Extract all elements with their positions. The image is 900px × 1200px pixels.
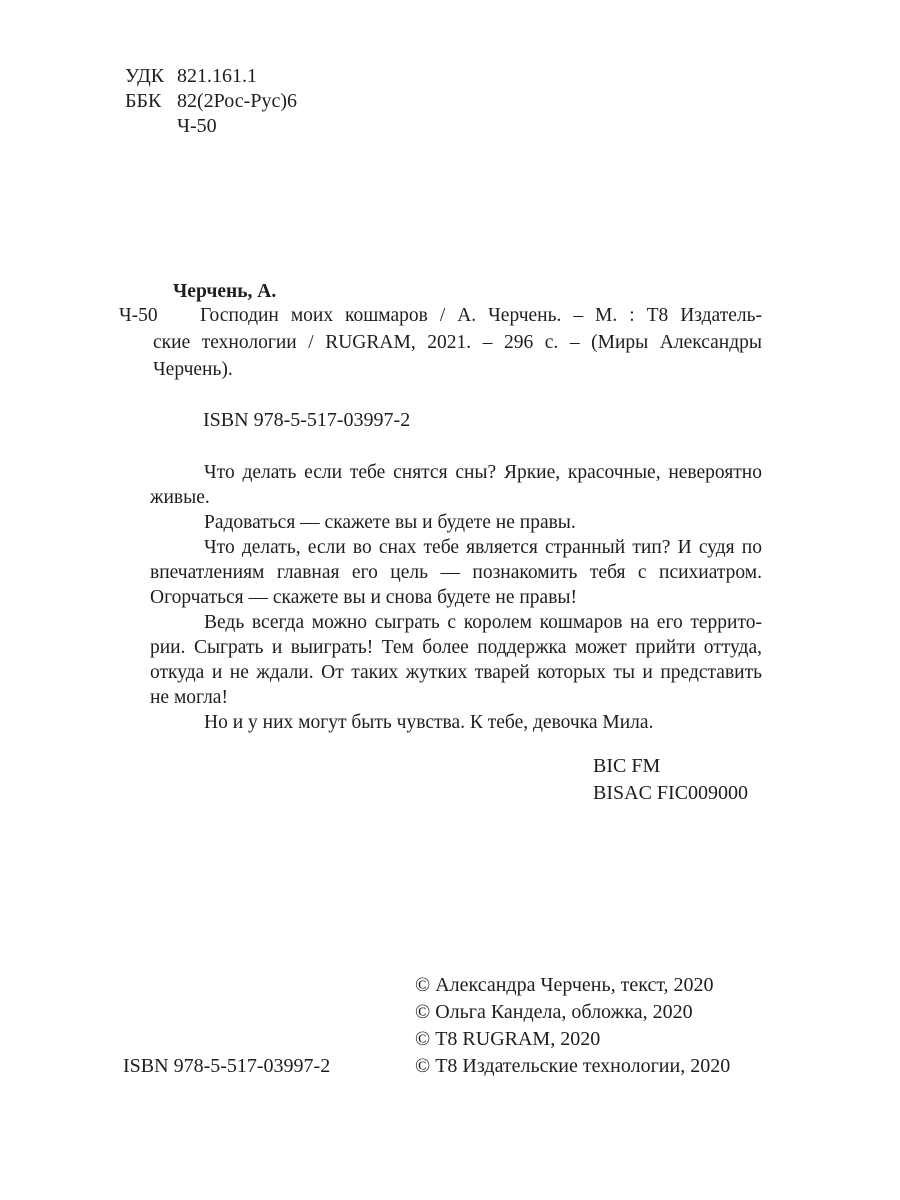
citation-line: Черчень). — [153, 356, 762, 383]
bisac-code: BISAC FIC009000 — [593, 780, 748, 807]
annotation-line: Огорчаться — скажете вы и снова будете н… — [150, 585, 762, 610]
annotation-line: впечатлениям главная его цель — познаком… — [150, 560, 762, 585]
author-code-row: Ч-50 — [125, 114, 297, 139]
copyright-line: © Т8 RUGRAM, 2020 — [415, 1026, 730, 1053]
bbk-row: ББК82(2Рос-Рус)6 — [125, 89, 297, 114]
bbk-value: 82(2Рос-Рус)6 — [177, 90, 297, 112]
annotation-line: Что делать если тебе снятся сны? Яркие, … — [150, 460, 762, 485]
bic-code: BIC FM — [593, 753, 748, 780]
bbk-label: ББК — [125, 89, 177, 114]
copyright-line: © Ольга Кандела, обложка, 2020 — [415, 999, 730, 1026]
annotation-line: живые. — [150, 485, 762, 510]
bibliographic-citation: Ч-50 Господин моих кошмаров / А. Черчень… — [153, 302, 762, 383]
copyright-line: © Александра Черчень, текст, 2020 — [415, 972, 730, 999]
annotation-line: Радоваться — скажете вы и будете не прав… — [150, 510, 762, 535]
udk-row: УДК821.161.1 — [125, 64, 297, 89]
citation-line: Господин моих кошмаров / А. Черчень. – М… — [153, 302, 762, 329]
copyright-line: © Т8 Издательские технологии, 2020 — [415, 1053, 730, 1080]
copyright-list: © Александра Черчень, текст, 2020 © Ольг… — [415, 972, 730, 1080]
classification-block: УДК821.161.1 ББК82(2Рос-Рус)6 Ч-50 — [125, 64, 297, 139]
isbn-top: ISBN 978-5-517-03997-2 — [203, 408, 410, 433]
isbn-bottom: ISBN 978-5-517-03997-2 — [123, 1053, 330, 1080]
udk-value: 821.161.1 — [177, 65, 257, 87]
trade-codes-block: BIC FM BISAC FIC009000 — [593, 753, 748, 807]
annotation-line: рии. Сыграть и выиграть! Тем более подде… — [150, 635, 762, 660]
annotation-line: не могла! — [150, 685, 762, 710]
author-code: Ч-50 — [177, 115, 217, 137]
annotation: Что делать если тебе снятся сны? Яркие, … — [150, 460, 762, 735]
author-heading: Черчень, А. — [173, 278, 276, 305]
annotation-line: Что делать, если во снах тебе является с… — [150, 535, 762, 560]
annotation-line: откуда и не ждали. От таких жутких тваре… — [150, 660, 762, 685]
udk-label: УДК — [125, 64, 177, 89]
annotation-line: Но и у них могут быть чувства. К тебе, д… — [150, 710, 762, 735]
annotation-line: Ведь всегда можно сыграть с королем кошм… — [150, 610, 762, 635]
copyright-page: УДК821.161.1 ББК82(2Рос-Рус)6 Ч-50 Черче… — [0, 0, 900, 1200]
citation-line: ские технологии / RUGRAM, 2021. – 296 с.… — [153, 329, 762, 356]
citation-code: Ч-50 — [119, 302, 158, 329]
